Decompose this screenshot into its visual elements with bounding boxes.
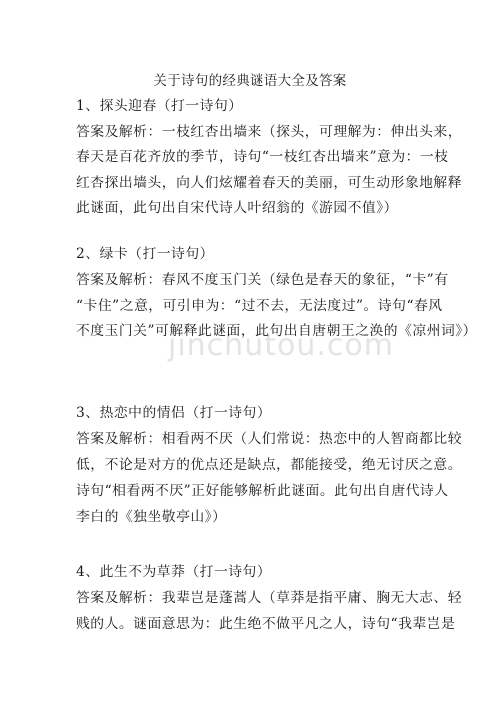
section-3-line-1: 答案及解析：相看两不厌（人们常说：热恋中的人智商都比较 (76, 430, 462, 448)
document-page: jinchutou.com 关于诗句的经典谜语大全及答案 1、探头迎春（打一诗句… (0, 0, 500, 708)
section-4-heading: 4、此生不为草莽（打一诗句） (76, 563, 271, 581)
section-3-line-2: 低，不论是对方的优点还是缺点，都能接受，绝无讨厌之意。 (76, 456, 462, 474)
document-title: 关于诗句的经典谜语大全及答案 (0, 72, 500, 90)
section-3-line-3: 诗句“相看两不厌”正好能够解析此谜面。此句出自唐代诗人 (76, 482, 449, 500)
section-3-line-4: 李白的《独坐敬亭山》） (76, 508, 226, 526)
section-1-line-4: 此谜面，此句出自宋代诗人叶绍翁的《游园不值》） (76, 199, 398, 217)
section-4-line-1: 答案及解析：我辈岂是蓬蒿人（草莽是指平庸、胸无大志、轻 (76, 589, 462, 607)
section-4-line-2: 贱的人。谜面意思为：此生绝不做平凡之人，诗句“我辈岂是 (76, 615, 455, 633)
section-3-heading: 3、热恋中的情侣（打一诗句） (76, 404, 271, 422)
section-1-line-1: 答案及解析：一枝红杏出墙来（探头，可理解为：伸出头来， (76, 123, 462, 141)
section-2-line-1: 答案及解析：春风不度玉门关（绿色是春天的象征，“卡”有 (76, 271, 449, 289)
section-1-line-3: 红杏探出墙头，向人们炫耀着春天的美丽，可生动形象地解释 (76, 174, 462, 192)
section-2-line-3: 不度玉门关”可解释此谜面，此句出自唐朝王之涣的《凉州词》） (76, 322, 477, 340)
section-2-line-2: “卡住”之意，可引申为：“过不去，无法度过”。诗句“春风 (76, 297, 443, 315)
section-1-line-2: 春天是百花齐放的季节，诗句“一枝红杏出墙来”意为：一枝 (76, 148, 449, 166)
section-2-heading: 2、绿卡（打一诗句） (76, 245, 214, 263)
section-1-heading: 1、探头迎春（打一诗句） (76, 97, 243, 115)
